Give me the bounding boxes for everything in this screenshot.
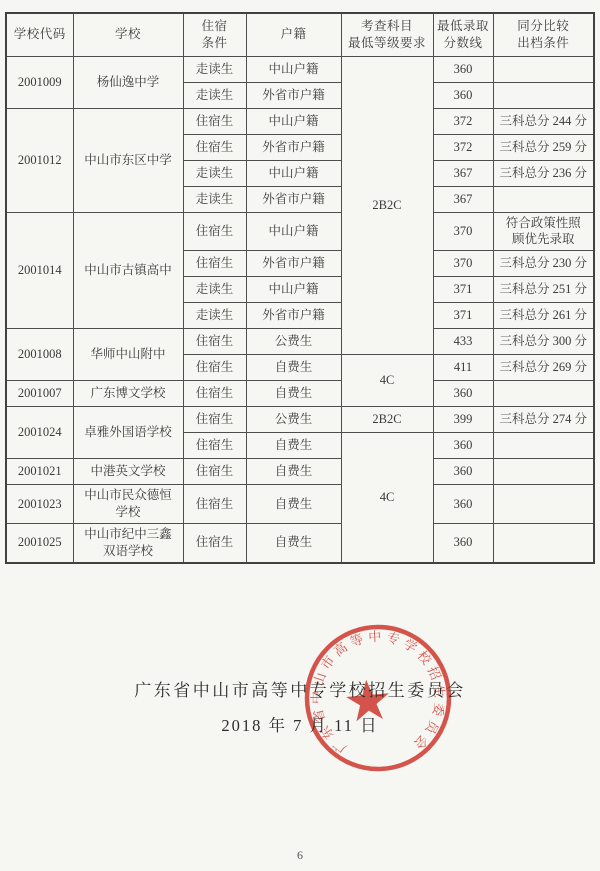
cell-school-code: 2001023	[6, 485, 73, 524]
cell-accommodation: 住宿生	[183, 212, 246, 251]
cell-school-name: 中港英文学校	[73, 459, 183, 485]
cell-school-code: 2001014	[6, 212, 73, 329]
cell-registration: 自费生	[246, 355, 341, 381]
table-row: 2001025 中山市纪中三鑫 双语学校 住宿生 自费生 360	[6, 524, 594, 563]
cell-subject-requirement: 2B2C	[341, 56, 433, 355]
cell-min-score: 360	[433, 485, 493, 524]
cell-accommodation: 住宿生	[183, 355, 246, 381]
cell-school-code: 2001007	[6, 381, 73, 407]
cell-min-score: 360	[433, 433, 493, 459]
cell-registration: 中山户籍	[246, 277, 341, 303]
cell-min-score: 360	[433, 56, 493, 82]
cell-school-name: 中山市古镇高中	[73, 212, 183, 329]
table-row: 2001007 广东博文学校 住宿生 自费生 360	[6, 381, 594, 407]
cell-accommodation: 住宿生	[183, 381, 246, 407]
cell-min-score: 370	[433, 212, 493, 251]
cell-registration: 外省市户籍	[246, 134, 341, 160]
cell-accommodation: 住宿生	[183, 108, 246, 134]
cell-accommodation: 住宿生	[183, 329, 246, 355]
cell-tiebreak: 三科总分 251 分	[493, 277, 594, 303]
cell-min-score: 372	[433, 108, 493, 134]
cell-school-code: 2001012	[6, 108, 73, 212]
cell-registration: 中山户籍	[246, 212, 341, 251]
cell-min-score: 360	[433, 459, 493, 485]
table-header-row: 学校代码 学校 住宿 条件 户籍 考查科目 最低等级要求 最低录取 分数线 同分…	[6, 13, 594, 56]
cell-school-name: 中山市纪中三鑫 双语学校	[73, 524, 183, 563]
cell-school-name: 卓雅外国语学校	[73, 407, 183, 459]
cell-min-score: 372	[433, 134, 493, 160]
cell-tiebreak: 三科总分 300 分	[493, 329, 594, 355]
header-registration: 户籍	[246, 13, 341, 56]
cell-school-name: 华师中山附中	[73, 329, 183, 381]
cell-tiebreak	[493, 433, 594, 459]
cell-tiebreak	[493, 485, 594, 524]
footer-organization: 广东省中山市高等中专学校招生委员会	[0, 676, 600, 701]
table-row: 2001014 中山市古镇高中 住宿生 中山户籍 370 符合政策性照 顾优先录…	[6, 212, 594, 251]
table-row: 2001008 华师中山附中 住宿生 公费生 433 三科总分 300 分	[6, 329, 594, 355]
cell-accommodation: 住宿生	[183, 485, 246, 524]
cell-accommodation: 走读生	[183, 82, 246, 108]
cell-subject-requirement: 2B2C	[341, 407, 433, 433]
cell-registration: 自费生	[246, 485, 341, 524]
cell-accommodation: 走读生	[183, 56, 246, 82]
cell-min-score: 360	[433, 82, 493, 108]
cell-subject-requirement: 4C	[341, 433, 433, 563]
cell-tiebreak	[493, 56, 594, 82]
cell-accommodation: 住宿生	[183, 251, 246, 277]
cell-registration: 外省市户籍	[246, 82, 341, 108]
cell-tiebreak: 三科总分 236 分	[493, 160, 594, 186]
cell-tiebreak: 三科总分 230 分	[493, 251, 594, 277]
header-min-score: 最低录取 分数线	[433, 13, 493, 56]
cell-registration: 中山户籍	[246, 160, 341, 186]
cell-tiebreak: 符合政策性照 顾优先录取	[493, 212, 594, 251]
cell-registration: 自费生	[246, 524, 341, 563]
cell-registration: 中山户籍	[246, 108, 341, 134]
table-row: 2001024 卓雅外国语学校 住宿生 公费生 2B2C 399 三科总分 27…	[6, 407, 594, 433]
cell-tiebreak	[493, 459, 594, 485]
cell-registration: 外省市户籍	[246, 186, 341, 212]
header-accommodation: 住宿 条件	[183, 13, 246, 56]
cell-min-score: 399	[433, 407, 493, 433]
cell-tiebreak: 三科总分 274 分	[493, 407, 594, 433]
cell-min-score: 411	[433, 355, 493, 381]
cell-registration: 中山户籍	[246, 56, 341, 82]
table-row: 2001009 杨仙逸中学 走读生 中山户籍 2B2C 360	[6, 56, 594, 82]
cell-accommodation: 走读生	[183, 186, 246, 212]
cell-accommodation: 住宿生	[183, 134, 246, 160]
cell-school-name: 中山市民众德恒 学校	[73, 485, 183, 524]
admission-score-table: 学校代码 学校 住宿 条件 户籍 考查科目 最低等级要求 最低录取 分数线 同分…	[5, 12, 595, 564]
cell-school-code: 2001009	[6, 56, 73, 108]
cell-accommodation: 住宿生	[183, 407, 246, 433]
cell-registration: 自费生	[246, 381, 341, 407]
cell-tiebreak	[493, 381, 594, 407]
cell-min-score: 360	[433, 524, 493, 563]
header-school: 学校	[73, 13, 183, 56]
cell-min-score: 367	[433, 186, 493, 212]
cell-min-score: 360	[433, 381, 493, 407]
cell-registration: 自费生	[246, 459, 341, 485]
cell-school-name: 中山市东区中学	[73, 108, 183, 212]
cell-school-code: 2001021	[6, 459, 73, 485]
cell-accommodation: 走读生	[183, 160, 246, 186]
header-subject-requirement: 考查科目 最低等级要求	[341, 13, 433, 56]
footer-date: 2018 年 7 月 11 日	[0, 712, 600, 736]
cell-school-name: 广东博文学校	[73, 381, 183, 407]
cell-tiebreak: 三科总分 269 分	[493, 355, 594, 381]
table-row: 2001021 中港英文学校 住宿生 自费生 360	[6, 459, 594, 485]
header-tiebreak: 同分比较 出档条件	[493, 13, 594, 56]
cell-tiebreak: 三科总分 261 分	[493, 303, 594, 329]
scanned-document-page: 学校代码 学校 住宿 条件 户籍 考查科目 最低等级要求 最低录取 分数线 同分…	[0, 0, 600, 871]
cell-tiebreak	[493, 524, 594, 563]
cell-tiebreak: 三科总分 244 分	[493, 108, 594, 134]
cell-accommodation: 住宿生	[183, 433, 246, 459]
cell-accommodation: 走读生	[183, 303, 246, 329]
cell-tiebreak: 三科总分 259 分	[493, 134, 594, 160]
cell-school-code: 2001008	[6, 329, 73, 381]
cell-school-code: 2001024	[6, 407, 73, 459]
cell-accommodation: 走读生	[183, 277, 246, 303]
cell-min-score: 367	[433, 160, 493, 186]
cell-registration: 外省市户籍	[246, 303, 341, 329]
cell-school-code: 2001025	[6, 524, 73, 563]
cell-registration: 自费生	[246, 433, 341, 459]
cell-school-name: 杨仙逸中学	[73, 56, 183, 108]
cell-tiebreak	[493, 186, 594, 212]
cell-subject-requirement: 4C	[341, 355, 433, 407]
cell-accommodation: 住宿生	[183, 459, 246, 485]
cell-min-score: 371	[433, 277, 493, 303]
page-number: 6	[0, 848, 600, 863]
cell-registration: 公费生	[246, 407, 341, 433]
cell-min-score: 371	[433, 303, 493, 329]
cell-min-score: 370	[433, 251, 493, 277]
cell-accommodation: 住宿生	[183, 524, 246, 563]
table-row: 2001012 中山市东区中学 住宿生 中山户籍 372 三科总分 244 分	[6, 108, 594, 134]
table-row: 2001023 中山市民众德恒 学校 住宿生 自费生 360	[6, 485, 594, 524]
cell-min-score: 433	[433, 329, 493, 355]
cell-registration: 外省市户籍	[246, 251, 341, 277]
cell-tiebreak	[493, 82, 594, 108]
cell-registration: 公费生	[246, 329, 341, 355]
header-school-code: 学校代码	[6, 13, 73, 56]
